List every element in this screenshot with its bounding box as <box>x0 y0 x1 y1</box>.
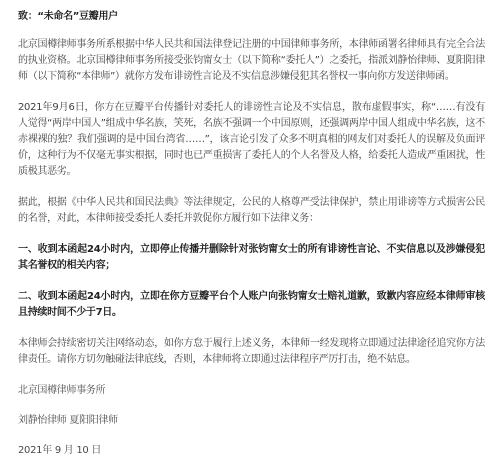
signature-firm-name: 北京国樽律师事务所 <box>18 383 485 399</box>
signature-date: 2021年 9 月 10 日 <box>18 443 485 457</box>
salutation-line: 致：“未命名”豆瓣用户 <box>18 9 485 25</box>
lawyer-letter-document: 致：“未命名”豆瓣用户 北京国樽律师事务所系根据中华人民共和国法律登记注册的中国… <box>0 0 500 457</box>
signature-lawyer-names: 刘静怡律师 夏阳阳律师 <box>18 413 485 429</box>
signature-block: 北京国樽律师事务所 刘静怡律师 夏阳阳律师 2021年 9 月 10 日 <box>18 383 485 457</box>
demand-item-1: 一、收到本函起24小时内，立即停止传播并删除针对张钧甯女士的所有诽谤性言论、不实… <box>18 242 485 274</box>
paragraph-legal-basis: 据此，根据《中华人民共和国民法典》等法律规定，公民的人格尊严受法律保护，禁止用诽… <box>18 195 485 227</box>
demand-item-2: 二、收到本函起24小时内，立即在你方豆瓣平台个人账户向张钧甯女士赔礼道歉，致歉内… <box>18 289 485 321</box>
paragraph-defamation-facts: 2021年9月6日，你方在豆瓣平台传播针对委托人的诽谤性言论及不实信息，散布虚假… <box>18 100 485 180</box>
paragraph-warning: 本律师会持续密切关注网络动态，如你方怠于履行上述义务，本律师一经发现将立即通过法… <box>18 336 485 368</box>
paragraph-firm-intro: 北京国樽律师事务所系根据中华人民共和国法律登记注册的中国律师事务所，本律师函署名… <box>18 37 485 85</box>
